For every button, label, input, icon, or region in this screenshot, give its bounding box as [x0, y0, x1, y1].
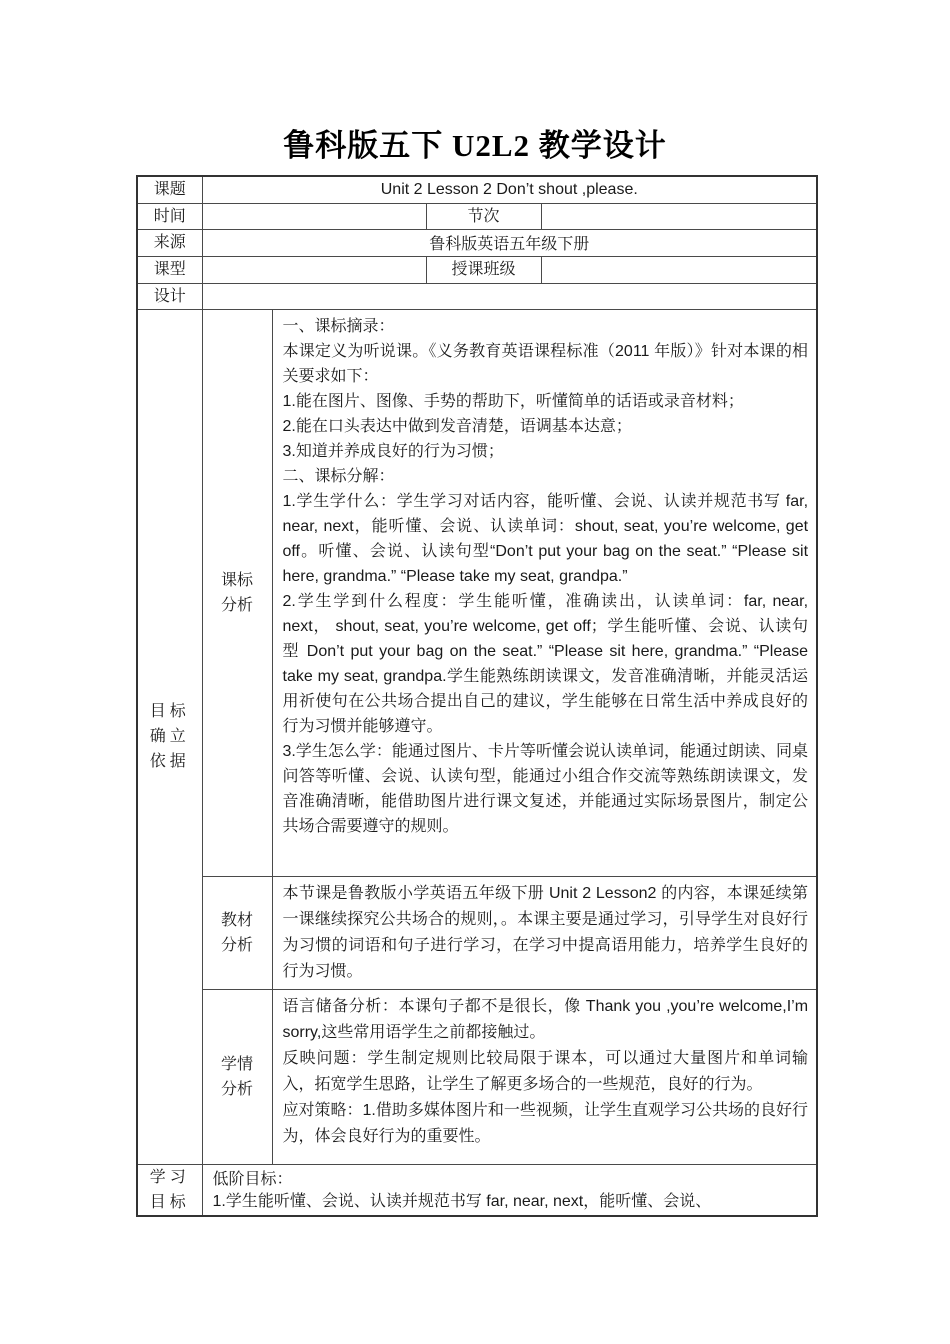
time-label: 时间	[137, 203, 202, 229]
curriculum-analysis-label: 课标分析	[202, 309, 272, 876]
table-row-topic: 课题 Unit 2 Lesson 2 Don’t shout ,please.	[137, 176, 817, 203]
goal-basis-label: 目标确立依据	[137, 309, 202, 1164]
topic-label: 课题	[137, 176, 202, 203]
class-taught-value	[541, 256, 817, 283]
material-analysis-content-cell: 本节课是鲁教版小学英语五年级下册 Unit 2 Lesson2 的内容，本课延续…	[272, 876, 817, 989]
document-page: 鲁科版五下 U2L2 教学设计 课题 Unit 2 Lesson 2 Don’t…	[0, 0, 950, 1344]
source-label: 来源	[137, 229, 202, 256]
learning-goals-label: 学习目标	[137, 1164, 202, 1216]
learning-goals-content-cell: 低阶目标：1.学生能听懂、会说、认读并规范书写 far, near, next，…	[202, 1164, 817, 1216]
learner-analysis-label: 学情分析	[202, 989, 272, 1164]
source-value: 鲁科版英语五年级下册	[202, 229, 817, 256]
lesson-type-label: 课型	[137, 256, 202, 283]
lesson-type-value	[202, 256, 426, 283]
time-value	[202, 203, 426, 229]
design-value	[202, 283, 817, 309]
material-analysis-label: 教材分析	[202, 876, 272, 989]
learner-analysis-content-cell: 语言储备分析：本课句子都不是很长，像 Thank you ,you’re wel…	[272, 989, 817, 1164]
table-row-time: 时间 节次	[137, 203, 817, 229]
page-title: 鲁科版五下 U2L2 教学设计	[0, 120, 950, 165]
table-row-material-analysis: 教材分析 本节课是鲁教版小学英语五年级下册 Unit 2 Lesson2 的内容…	[137, 876, 817, 989]
table-row-lesson-type: 课型 授课班级	[137, 256, 817, 283]
session-value	[541, 203, 817, 229]
table-row-design: 设计	[137, 283, 817, 309]
table-row-learner-analysis: 学情分析 语言储备分析：本课句子都不是很长，像 Thank you ,you’r…	[137, 989, 817, 1164]
class-taught-label: 授课班级	[426, 256, 541, 283]
session-label: 节次	[426, 203, 541, 229]
teaching-design-table: 课题 Unit 2 Lesson 2 Don’t shout ,please. …	[136, 175, 818, 1217]
curriculum-analysis-text: 一、课标摘录：本课定义为听说课。《义务教育英语课程标准（2011 年版）》针对本…	[273, 311, 817, 874]
table-row-source: 来源 鲁科版英语五年级下册	[137, 229, 817, 256]
learning-goals-text: 低阶目标：1.学生能听懂、会说、认读并规范书写 far, near, next，…	[203, 1166, 817, 1213]
curriculum-analysis-content-cell: 一、课标摘录：本课定义为听说课。《义务教育英语课程标准（2011 年版）》针对本…	[272, 309, 817, 876]
design-label: 设计	[137, 283, 202, 309]
table-row-curriculum-analysis: 目标确立依据 课标分析 一、课标摘录：本课定义为听说课。《义务教育英语课程标准（…	[137, 309, 817, 876]
topic-value: Unit 2 Lesson 2 Don’t shout ,please.	[202, 176, 817, 203]
table-row-learning-goals: 学习目标 低阶目标：1.学生能听懂、会说、认读并规范书写 far, near, …	[137, 1164, 817, 1216]
material-analysis-text: 本节课是鲁教版小学英语五年级下册 Unit 2 Lesson2 的内容，本课延续…	[273, 878, 817, 987]
learner-analysis-text: 语言储备分析：本课句子都不是很长，像 Thank you ,you’re wel…	[273, 991, 817, 1162]
